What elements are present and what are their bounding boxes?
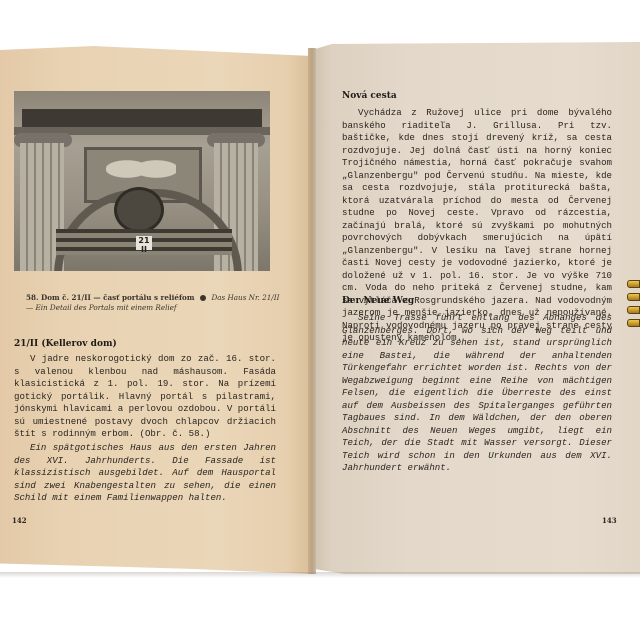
paragraph-slovak-right: Vychádza z Ružovej ulice pri dome bývalé… — [342, 107, 612, 345]
bullet-icon — [200, 295, 206, 301]
photo-coat-of-arms — [114, 187, 164, 233]
page-number-left: 142 — [12, 516, 27, 525]
portal-relief-photo: 21 II — [14, 91, 270, 271]
paragraph-german-right: Seine Trasse führt entlang des Abhanges … — [342, 312, 612, 475]
caption-slovak: 58. Dom č. 21/II — časť portálu s reliéf… — [26, 293, 194, 302]
figure-caption: 58. Dom č. 21/II — časť portálu s reliéf… — [26, 293, 284, 313]
photo-cornice — [22, 109, 262, 127]
page-shadow — [0, 572, 640, 578]
section-heading-der-neue-weg: Der Neue Weg — [342, 296, 414, 306]
book-gutter — [308, 48, 316, 574]
house-number-plate: 21 II — [136, 236, 152, 250]
paragraph-slovak-left: V jadre neskorogotický dom zo zač. 16. s… — [14, 353, 276, 441]
section-heading-kellerov-dom: 21/II (Kellerov dom) — [14, 339, 117, 349]
section-heading-nova-cesta: Nová cesta — [342, 91, 397, 101]
open-book: 21 II 58. Dom č. 21/II — časť portálu s … — [0, 0, 640, 640]
binder-clip-icon — [627, 280, 640, 326]
page-number-right: 143 — [602, 516, 617, 525]
photo-boy-figures — [106, 149, 176, 189]
paragraph-german-left: Ein spätgotisches Haus aus den ersten Ja… — [14, 442, 276, 505]
